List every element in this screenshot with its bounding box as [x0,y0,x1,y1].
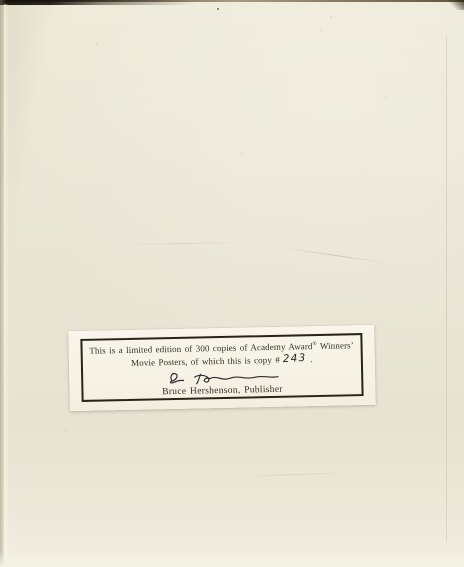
book-page-photo: This is a limited edition of 300 copies … [0,0,464,567]
page-bottom-edge-band [0,551,464,567]
paper-crease [118,242,248,245]
edition-statement-text: Winners’ [317,340,354,351]
page-top-edge-shadow [0,0,464,5]
publisher-credit-line: Bruce Hershenson, Publisher [162,385,283,399]
copy-statement-text: . [307,354,313,364]
page-left-edge-highlight [4,4,9,567]
paper-crease [243,472,348,477]
handwritten-copy-number: 243 [283,352,307,365]
label-border-box: This is a limited edition of 300 copies … [80,333,363,402]
page-right-edge-line [446,36,447,541]
copy-statement-text: Movie Posters, of which this is copy # [131,355,283,368]
paper-specks [0,0,2,2]
paper-crease [282,247,389,263]
limited-edition-label: This is a limited edition of 300 copies … [68,325,376,411]
page-top-right-corner-shadow [448,0,464,10]
